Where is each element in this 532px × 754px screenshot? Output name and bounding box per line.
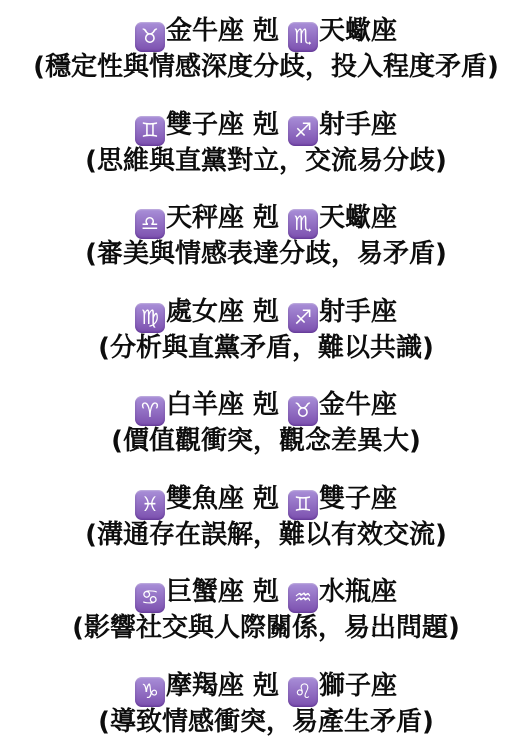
conflict-title: ♋巨蟹座剋♒水瓶座 [0, 577, 532, 613]
sagittarius-icon: ♐ [288, 303, 318, 333]
conflict-title: ♍處女座剋♐射手座 [0, 297, 532, 333]
left-sign-name: 巨蟹座 [166, 577, 244, 607]
taurus-icon: ♉ [135, 22, 165, 52]
zodiac-conflict-block: ♓雙魚座剋♊雙子座 (溝通存在誤解，難以有效交流) [0, 484, 532, 551]
right-sign-name: 雙子座 [319, 484, 397, 514]
zodiac-glyph: ♎ [141, 213, 159, 233]
zodiac-glyph: ♋ [141, 587, 159, 607]
conflict-description: (審美與情感表達分歧，易矛盾) [0, 239, 532, 270]
left-sign-name: 處女座 [166, 297, 244, 327]
conflict-description: (影響社交與人際關係，易出問題) [0, 613, 532, 644]
right-sign-name: 天蠍座 [319, 203, 397, 233]
right-sign-name: 射手座 [319, 297, 397, 327]
zodiac-glyph: ♉ [294, 400, 312, 420]
conflict-verb: 剋 [253, 390, 279, 421]
left-sign-name: 白羊座 [166, 390, 244, 420]
zodiac-conflict-block: ♑摩羯座剋♌獅子座 (導致情感衝突，易產生矛盾) [0, 671, 532, 738]
zodiac-conflict-block: ♉金牛座剋♏天蠍座 (穩定性與情感深度分歧，投入程度矛盾) [0, 16, 532, 83]
scorpio-icon: ♏ [288, 209, 318, 239]
left-sign-name: 摩羯座 [166, 671, 244, 701]
conflict-verb: 剋 [253, 671, 279, 702]
right-sign-name: 金牛座 [319, 390, 397, 420]
zodiac-glyph: ♑ [141, 681, 159, 701]
cancer-icon: ♋ [135, 583, 165, 613]
zodiac-glyph: ♏ [294, 213, 312, 233]
conflict-description: (思維與直黨對立，交流易分歧) [0, 146, 532, 177]
zodiac-conflict-block: ♍處女座剋♐射手座 (分析與直黨矛盾，難以共識) [0, 297, 532, 364]
zodiac-glyph: ♌ [294, 681, 312, 701]
conflict-title: ♎天秤座剋♏天蠍座 [0, 203, 532, 239]
zodiac-conflict-block: ♎天秤座剋♏天蠍座 (審美與情感表達分歧，易矛盾) [0, 203, 532, 270]
right-sign-name: 天蠍座 [319, 16, 397, 46]
zodiac-conflict-block: ♊雙子座剋♐射手座 (思維與直黨對立，交流易分歧) [0, 110, 532, 177]
conflict-verb: 剋 [253, 110, 279, 141]
sagittarius-icon: ♐ [288, 116, 318, 146]
conflict-description: (穩定性與情感深度分歧，投入程度矛盾) [0, 52, 532, 83]
scorpio-icon: ♏ [288, 22, 318, 52]
taurus-icon: ♉ [288, 396, 318, 426]
libra-icon: ♎ [135, 209, 165, 239]
zodiac-glyph: ♐ [294, 307, 312, 327]
pisces-icon: ♓ [135, 490, 165, 520]
conflict-description: (分析與直黨矛盾，難以共識) [0, 333, 532, 364]
zodiac-glyph: ♊ [294, 494, 312, 514]
left-sign-name: 雙魚座 [166, 484, 244, 514]
zodiac-glyph: ♏ [294, 26, 312, 46]
zodiac-glyph: ♊ [141, 120, 159, 140]
conflict-description: (溝通存在誤解，難以有效交流) [0, 520, 532, 551]
aries-icon: ♈ [135, 396, 165, 426]
conflict-verb: 剋 [253, 16, 279, 47]
right-sign-name: 獅子座 [319, 671, 397, 701]
conflict-verb: 剋 [253, 577, 279, 608]
conflict-title: ♓雙魚座剋♊雙子座 [0, 484, 532, 520]
zodiac-conflict-block: ♈白羊座剋♉金牛座 (價值觀衝突，觀念差異大) [0, 390, 532, 457]
capricorn-icon: ♑ [135, 677, 165, 707]
zodiac-glyph: ♒ [294, 587, 312, 607]
left-sign-name: 金牛座 [166, 16, 244, 46]
zodiac-conflict-block: ♋巨蟹座剋♒水瓶座 (影響社交與人際關係，易出問題) [0, 577, 532, 644]
conflict-verb: 剋 [253, 203, 279, 234]
zodiac-glyph: ♉ [141, 26, 159, 46]
virgo-icon: ♍ [135, 303, 165, 333]
conflict-description: (導致情感衝突，易產生矛盾) [0, 707, 532, 738]
left-sign-name: 雙子座 [166, 110, 244, 140]
conflict-description: (價值觀衝突，觀念差異大) [0, 426, 532, 457]
conflict-title: ♑摩羯座剋♌獅子座 [0, 671, 532, 707]
conflict-title: ♈白羊座剋♉金牛座 [0, 390, 532, 426]
conflict-title: ♊雙子座剋♐射手座 [0, 110, 532, 146]
right-sign-name: 射手座 [319, 110, 397, 140]
aquarius-icon: ♒ [288, 583, 318, 613]
gemini-icon: ♊ [288, 490, 318, 520]
zodiac-glyph: ♍ [141, 307, 159, 327]
right-sign-name: 水瓶座 [319, 577, 397, 607]
zodiac-glyph: ♓ [141, 494, 159, 514]
left-sign-name: 天秤座 [166, 203, 244, 233]
conflict-verb: 剋 [253, 297, 279, 328]
zodiac-glyph: ♐ [294, 120, 312, 140]
gemini-icon: ♊ [135, 116, 165, 146]
zodiac-conflict-list: ♉金牛座剋♏天蠍座 (穩定性與情感深度分歧，投入程度矛盾) ♊雙子座剋♐射手座 … [0, 0, 532, 754]
conflict-verb: 剋 [253, 484, 279, 515]
conflict-title: ♉金牛座剋♏天蠍座 [0, 16, 532, 52]
leo-icon: ♌ [288, 677, 318, 707]
zodiac-glyph: ♈ [141, 400, 159, 420]
